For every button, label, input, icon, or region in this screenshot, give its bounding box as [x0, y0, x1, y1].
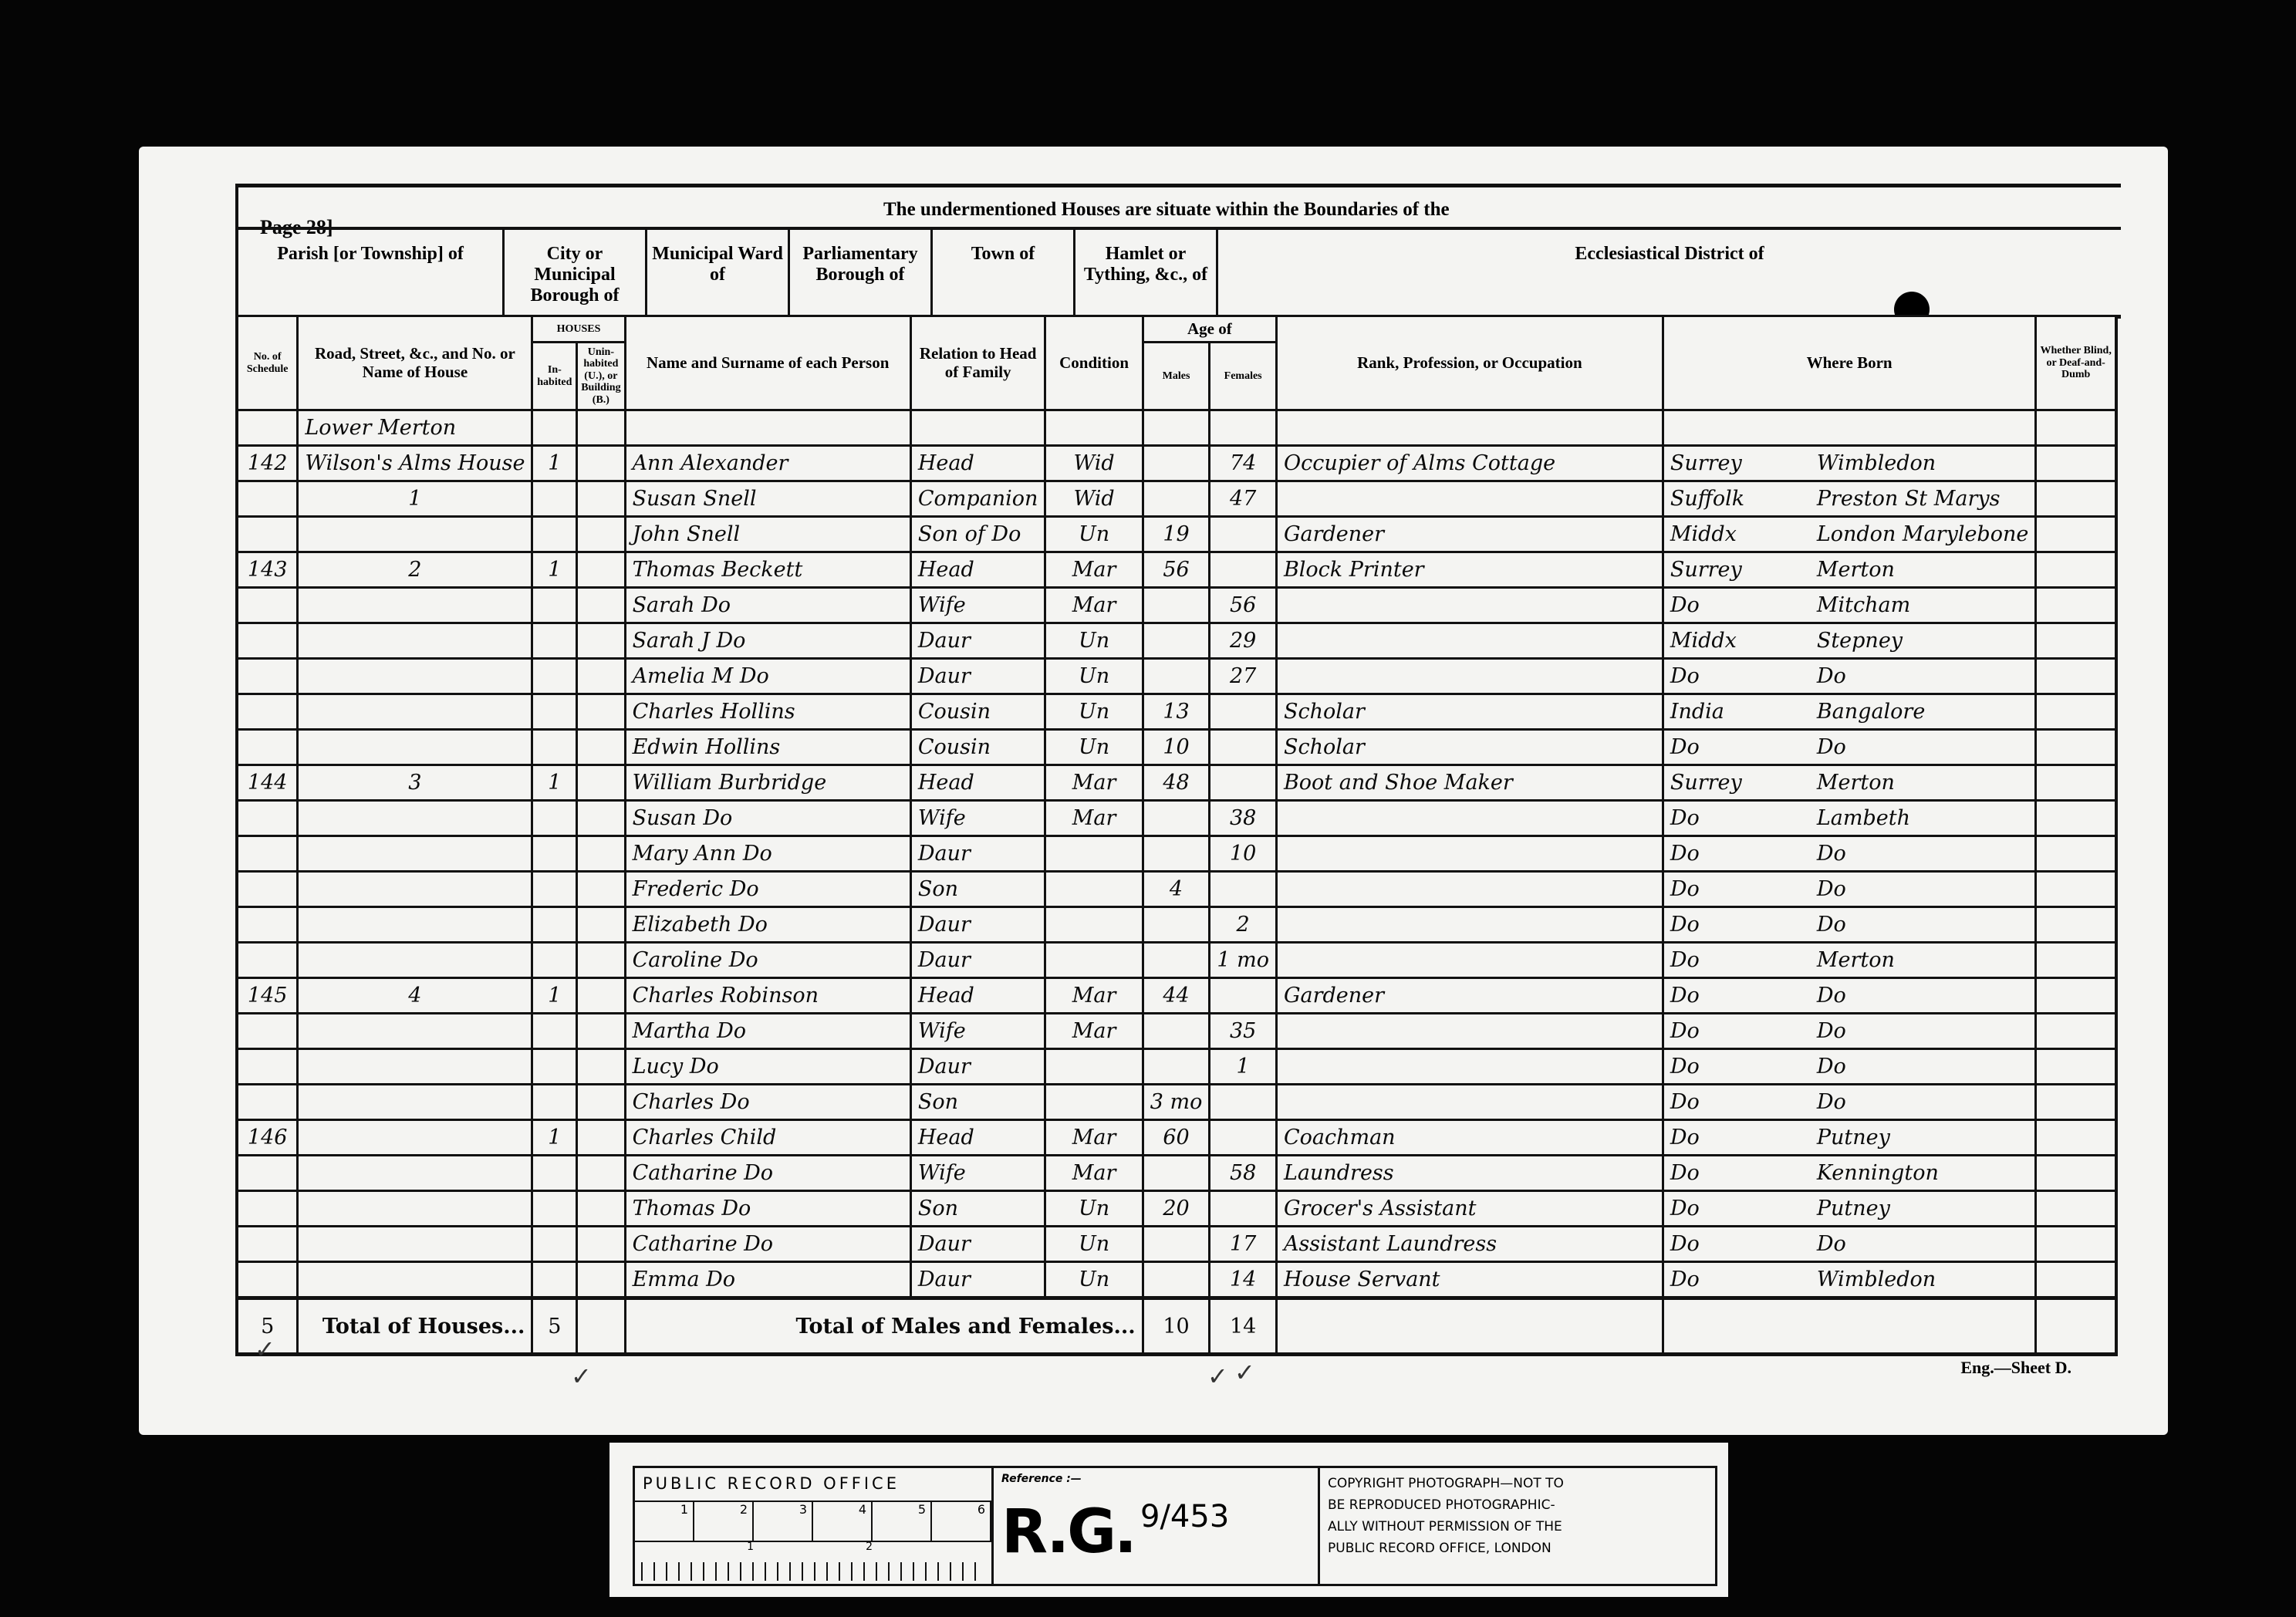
birth-place: Do — [1817, 984, 1846, 1008]
occupation: Block Printer — [1276, 552, 1663, 588]
schedule-number: 143 — [237, 552, 298, 588]
relation-to-head: Daur — [910, 659, 1045, 694]
birth-place: Do — [1817, 735, 1846, 759]
person-name: Charles Robinson — [625, 978, 910, 1014]
relation-to-head: Wife — [910, 1014, 1045, 1049]
marital-condition — [1045, 907, 1143, 943]
female-age — [1210, 872, 1277, 907]
uninhabited-count — [577, 552, 625, 588]
person-name: Thomas Do — [625, 1191, 910, 1227]
female-age — [1210, 1085, 1277, 1120]
house-name — [298, 801, 532, 836]
male-age — [1143, 1262, 1210, 1298]
birth-place: Do — [1817, 913, 1846, 937]
infirmity — [2036, 623, 2116, 659]
birth-county: Surrey — [1670, 451, 1817, 475]
person-name: Emma Do — [625, 1262, 910, 1298]
occupation: House Servant — [1276, 1262, 1663, 1298]
birth-county: Do — [1670, 842, 1817, 866]
inhabited-count — [532, 481, 577, 517]
birthplace: DoKennington — [1663, 1156, 2036, 1191]
infirmity — [2036, 801, 2116, 836]
infirmity — [2036, 1156, 2116, 1191]
birth-place: Wimbledon — [1817, 451, 1936, 475]
col-occupation: Rank, Profession, or Occupation — [1276, 316, 1663, 410]
relation-to-head: Son — [910, 872, 1045, 907]
house-name — [298, 517, 532, 552]
relation-to-head: Daur — [910, 943, 1045, 978]
male-age — [1143, 836, 1210, 872]
person-row: John SnellSon of DoUn19GardenerMiddxLond… — [237, 517, 2116, 552]
male-age — [1143, 659, 1210, 694]
male-age — [1143, 1156, 1210, 1191]
schedule-number — [237, 1049, 298, 1085]
occupation — [1276, 588, 1663, 623]
birth-place: Lambeth — [1817, 806, 1910, 830]
birth-county: Do — [1670, 1268, 1817, 1291]
inhabited-count: 1 — [532, 1120, 577, 1156]
person-row: Emma DoDaurUn14House ServantDoWimbledon — [237, 1262, 2116, 1298]
town-field: Town of — [933, 230, 1075, 315]
uninhabited-count — [577, 836, 625, 872]
marital-condition: Un — [1045, 694, 1143, 730]
birthplace: DoPutney — [1663, 1120, 2036, 1156]
male-age — [1143, 623, 1210, 659]
municipal-ward-field: Municipal Ward of — [647, 230, 790, 315]
house-name — [298, 1014, 532, 1049]
person-row: Sarah DoWifeMar56DoMitcham — [237, 588, 2116, 623]
uninhabited-count — [577, 1262, 625, 1298]
person-name: Thomas Beckett — [625, 552, 910, 588]
person-row: Amelia M DoDaurUn27DoDo — [237, 659, 2116, 694]
relation-to-head: Daur — [910, 1227, 1045, 1262]
relation-to-head: Wife — [910, 801, 1045, 836]
birthplace: DoDo — [1663, 836, 2036, 872]
house-name: 3 — [298, 765, 532, 801]
inhabited-count — [532, 1085, 577, 1120]
relation-to-head: Daur — [910, 907, 1045, 943]
person-name: Lucy Do — [625, 1049, 910, 1085]
birth-place: Do — [1817, 1019, 1846, 1043]
pro-ruler-panel: PUBLIC RECORD OFFICE 1 2 3 4 5 6 1 2 — [635, 1468, 994, 1584]
infirmity — [2036, 907, 2116, 943]
occupation — [1276, 1014, 1663, 1049]
occupation — [1276, 481, 1663, 517]
copyright-line: PUBLIC RECORD OFFICE, LONDON — [1328, 1538, 1707, 1559]
col-age: Age of — [1143, 316, 1276, 343]
person-row: Martha DoWifeMar35DoDo — [237, 1014, 2116, 1049]
female-age: 29 — [1210, 623, 1277, 659]
uninhabited-count — [577, 730, 625, 765]
house-name — [298, 1227, 532, 1262]
uninhabited-count — [577, 801, 625, 836]
inhabited-count — [532, 836, 577, 872]
house-name — [298, 872, 532, 907]
schedule-number — [237, 801, 298, 836]
totals-row: 5 Total of Houses... 5 Total of Males an… — [237, 1298, 2116, 1355]
relation-to-head: Head — [910, 552, 1045, 588]
schedule-number — [237, 1262, 298, 1298]
birth-county: Do — [1670, 806, 1817, 830]
schedule-number — [237, 1156, 298, 1191]
sheet-identifier: Eng.—Sheet D. — [1960, 1358, 2071, 1378]
occupation: Scholar — [1276, 694, 1663, 730]
marital-condition: Un — [1045, 1262, 1143, 1298]
check-mark-icon: ✓ — [255, 1335, 275, 1364]
uninhabited-count — [577, 1085, 625, 1120]
uninhabited-count — [577, 694, 625, 730]
person-row: Thomas DoSonUn20Grocer's AssistantDoPutn… — [237, 1191, 2116, 1227]
birth-place: Do — [1817, 1090, 1846, 1114]
marital-condition: Un — [1045, 517, 1143, 552]
house-name — [298, 907, 532, 943]
schedule-number — [237, 623, 298, 659]
birth-county: Middx — [1670, 522, 1817, 546]
marital-condition — [1045, 872, 1143, 907]
infirmity — [2036, 1262, 2116, 1298]
uninhabited-count — [577, 1156, 625, 1191]
occupation: Grocer's Assistant — [1276, 1191, 1663, 1227]
occupation — [1276, 943, 1663, 978]
uninhabited-count — [577, 1120, 625, 1156]
house-name: 2 — [298, 552, 532, 588]
house-name — [298, 836, 532, 872]
infirmity — [2036, 481, 2116, 517]
parliamentary-borough-field: Parliamentary Borough of — [790, 230, 933, 315]
ruler-tick-label: 2 — [694, 1502, 754, 1541]
male-age — [1143, 1014, 1210, 1049]
female-age — [1210, 517, 1277, 552]
birth-place: Merton — [1817, 558, 1895, 582]
birth-place: Do — [1817, 877, 1846, 901]
inhabited-count — [532, 1262, 577, 1298]
person-name: Catharine Do — [625, 1227, 910, 1262]
col-name: Name and Surname of each Person — [625, 316, 910, 410]
schedule-number — [237, 872, 298, 907]
person-name: Sarah J Do — [625, 623, 910, 659]
person-name: Mary Ann Do — [625, 836, 910, 872]
uninhabited-count — [577, 1191, 625, 1227]
birthplace: DoDo — [1663, 1014, 2036, 1049]
infirmity — [2036, 1014, 2116, 1049]
schedule-number — [237, 907, 298, 943]
birthplace: DoPutney — [1663, 1191, 2036, 1227]
birth-county: Do — [1670, 1126, 1817, 1149]
relation-to-head: Wife — [910, 1156, 1045, 1191]
birth-place: Mitcham — [1817, 593, 1910, 617]
person-row: 1Susan SnellCompanionWid47SuffolkPreston… — [237, 481, 2116, 517]
person-row: 14321Thomas BeckettHeadMar56Block Printe… — [237, 552, 2116, 588]
birthplace: DoMitcham — [1663, 588, 2036, 623]
house-name — [298, 730, 532, 765]
infirmity — [2036, 1120, 2116, 1156]
relation-to-head: Cousin — [910, 694, 1045, 730]
birth-county: Do — [1670, 913, 1817, 937]
occupation — [1276, 907, 1663, 943]
locality-note: Lower Merton — [298, 410, 532, 446]
total-houses-label: Total of Houses... — [298, 1298, 532, 1355]
birthplace: MiddxLondon Marylebone — [1663, 517, 2036, 552]
uninhabited-count — [577, 1227, 625, 1262]
col-uninhabited: Unin-habited (U.), or Building (B.) — [577, 343, 625, 410]
infirmity — [2036, 872, 2116, 907]
place-fields-row: Parish [or Township] of City or Municipa… — [235, 227, 2121, 319]
infirmity — [2036, 1085, 2116, 1120]
person-name: Charles Hollins — [625, 694, 910, 730]
birth-county: Do — [1670, 1161, 1817, 1185]
occupation — [1276, 1049, 1663, 1085]
occupation: Coachman — [1276, 1120, 1663, 1156]
occupation: Laundress — [1276, 1156, 1663, 1191]
infirmity — [2036, 1191, 2116, 1227]
copyright-line: ALLY WITHOUT PERMISSION OF THE — [1328, 1516, 1707, 1538]
female-age — [1210, 978, 1277, 1014]
birth-county: Surrey — [1670, 558, 1817, 582]
infirmity — [2036, 1049, 2116, 1085]
col-condition: Condition — [1045, 316, 1143, 410]
person-name: Susan Snell — [625, 481, 910, 517]
occupation — [1276, 1085, 1663, 1120]
male-age: 20 — [1143, 1191, 1210, 1227]
copyright-line: BE REPRODUCED PHOTOGRAPHIC- — [1328, 1494, 1707, 1516]
ruler-ticks — [641, 1562, 985, 1581]
birthplace: DoDo — [1663, 730, 2036, 765]
birthplace: DoDo — [1663, 1049, 2036, 1085]
marital-condition: Mar — [1045, 978, 1143, 1014]
col-males: Males — [1143, 343, 1210, 410]
schedule-number — [237, 1085, 298, 1120]
birth-place: Merton — [1817, 771, 1895, 795]
inhabited-count — [532, 1191, 577, 1227]
inhabited-count — [532, 801, 577, 836]
relation-to-head: Son — [910, 1085, 1045, 1120]
occupation — [1276, 623, 1663, 659]
ruler-inch: 1 2 — [635, 1541, 991, 1584]
relation-to-head: Daur — [910, 1262, 1045, 1298]
infirmity — [2036, 1227, 2116, 1262]
person-row: Mary Ann DoDaur10DoDo — [237, 836, 2116, 872]
total-persons-label: Total of Males and Females... — [625, 1298, 1143, 1355]
person-name: John Snell — [625, 517, 910, 552]
ruler-tick-label: 1 — [635, 1502, 694, 1541]
male-age — [1143, 588, 1210, 623]
birth-county: Middx — [1670, 629, 1817, 653]
birth-place: Do — [1817, 664, 1846, 688]
infirmity — [2036, 836, 2116, 872]
house-name — [298, 1049, 532, 1085]
census-table: No. of Schedule Road, Street, &c., and N… — [235, 315, 2118, 1356]
occupation — [1276, 801, 1663, 836]
occupation: Assistant Laundress — [1276, 1227, 1663, 1262]
house-name — [298, 1191, 532, 1227]
birth-county: Do — [1670, 1232, 1817, 1256]
check-mark-icon: ✓ — [571, 1362, 592, 1391]
census-form: Page 28] The undermentioned Houses are s… — [235, 184, 2118, 1349]
inhabited-count — [532, 694, 577, 730]
male-age: 48 — [1143, 765, 1210, 801]
ruler-tick-label: 6 — [932, 1502, 991, 1541]
birthplace: MiddxStepney — [1663, 623, 2036, 659]
house-name — [298, 659, 532, 694]
uninhabited-count — [577, 978, 625, 1014]
marital-condition: Un — [1045, 1191, 1143, 1227]
pro-office-title: PUBLIC RECORD OFFICE — [635, 1468, 991, 1493]
schedule-number — [237, 730, 298, 765]
check-mark-icon: ✓ — [1207, 1362, 1228, 1391]
male-age — [1143, 1227, 1210, 1262]
person-row: Edwin HollinsCousinUn10ScholarDoDo — [237, 730, 2116, 765]
person-name: Catharine Do — [625, 1156, 910, 1191]
relation-to-head: Daur — [910, 623, 1045, 659]
total-houses: 5 — [532, 1298, 577, 1355]
female-age: 35 — [1210, 1014, 1277, 1049]
inhabited-count: 1 — [532, 446, 577, 481]
birthplace: SurreyWimbledon — [1663, 446, 2036, 481]
female-age: 58 — [1210, 1156, 1277, 1191]
uninhabited-count — [577, 517, 625, 552]
copyright-notice: COPYRIGHT PHOTOGRAPH—NOT TO BE REPRODUCE… — [1320, 1468, 1715, 1584]
person-row: Lucy DoDaur1DoDo — [237, 1049, 2116, 1085]
birth-county: Do — [1670, 593, 1817, 617]
marital-condition: Mar — [1045, 1156, 1143, 1191]
person-name: Elizabeth Do — [625, 907, 910, 943]
boundaries-banner: The undermentioned Houses are situate wi… — [883, 199, 1450, 221]
schedule-number — [237, 943, 298, 978]
male-age: 4 — [1143, 872, 1210, 907]
relation-to-head: Wife — [910, 588, 1045, 623]
person-name: Sarah Do — [625, 588, 910, 623]
birth-place: Putney — [1817, 1126, 1890, 1149]
schedule-number — [237, 1191, 298, 1227]
female-age — [1210, 1191, 1277, 1227]
occupation — [1276, 659, 1663, 694]
person-row: Catharine DoDaurUn17Assistant LaundressD… — [237, 1227, 2116, 1262]
birth-place: Putney — [1817, 1197, 1890, 1220]
person-name: Susan Do — [625, 801, 910, 836]
occupation — [1276, 836, 1663, 872]
birth-place: Wimbledon — [1817, 1268, 1936, 1291]
birth-county: Do — [1670, 1090, 1817, 1114]
house-name — [298, 1085, 532, 1120]
birth-place: Merton — [1817, 948, 1895, 972]
uninhabited-count — [577, 1049, 625, 1085]
male-age — [1143, 907, 1210, 943]
person-row: 1461Charles ChildHeadMar60CoachmanDoPutn… — [237, 1120, 2116, 1156]
person-row: Charles HollinsCousinUn13ScholarIndiaBan… — [237, 694, 2116, 730]
marital-condition: Mar — [1045, 588, 1143, 623]
schedule-number: 142 — [237, 446, 298, 481]
birth-county: Do — [1670, 1019, 1817, 1043]
schedule-number — [237, 1227, 298, 1262]
inhabited-count: 1 — [532, 552, 577, 588]
col-born: Where Born — [1663, 316, 2036, 410]
house-name: 4 — [298, 978, 532, 1014]
marital-condition: Mar — [1045, 765, 1143, 801]
person-name: Charles Child — [625, 1120, 910, 1156]
person-name: Martha Do — [625, 1014, 910, 1049]
female-age — [1210, 694, 1277, 730]
birthplace: SuffolkPreston St Marys — [1663, 481, 2036, 517]
female-age: 1 mo — [1210, 943, 1277, 978]
schedule-number — [237, 694, 298, 730]
infirmity — [2036, 552, 2116, 588]
infirmity — [2036, 978, 2116, 1014]
female-age: 74 — [1210, 446, 1277, 481]
birth-county: India — [1670, 700, 1817, 724]
relation-to-head: Companion — [910, 481, 1045, 517]
house-name — [298, 588, 532, 623]
marital-condition — [1045, 836, 1143, 872]
house-name — [298, 1120, 532, 1156]
occupation: Gardener — [1276, 978, 1663, 1014]
birth-place: Preston St Marys — [1817, 487, 2001, 511]
col-infirmity: Whether Blind, or Deaf-and-Dumb — [2036, 316, 2116, 410]
inhabited-count — [532, 1156, 577, 1191]
ruler-tick-label: 3 — [754, 1502, 813, 1541]
house-name: 1 — [298, 481, 532, 517]
uninhabited-count — [577, 872, 625, 907]
ruler-cm: 1 2 3 4 5 6 — [635, 1501, 991, 1542]
col-inhabited: In-habited — [532, 343, 577, 410]
relation-to-head: Head — [910, 978, 1045, 1014]
birth-county: Do — [1670, 877, 1817, 901]
uninhabited-count — [577, 765, 625, 801]
inhabited-count — [532, 623, 577, 659]
inhabited-count — [532, 907, 577, 943]
infirmity — [2036, 517, 2116, 552]
uninhabited-count — [577, 481, 625, 517]
person-row: 14431William BurbridgeHeadMar48Boot and … — [237, 765, 2116, 801]
female-age: 27 — [1210, 659, 1277, 694]
schedule-number — [237, 517, 298, 552]
birthplace: SurreyMerton — [1663, 552, 2036, 588]
parish-field: Parish [or Township] of — [238, 230, 505, 315]
schedule-number: 144 — [237, 765, 298, 801]
birth-place: London Marylebone — [1817, 522, 2029, 546]
marital-condition: Mar — [1045, 552, 1143, 588]
birth-county: Do — [1670, 735, 1817, 759]
birth-place: Stepney — [1817, 629, 1903, 653]
male-age: 19 — [1143, 517, 1210, 552]
copyright-line: COPYRIGHT PHOTOGRAPH—NOT TO — [1328, 1473, 1707, 1494]
marital-condition: Mar — [1045, 1014, 1143, 1049]
relation-to-head: Son of Do — [910, 517, 1045, 552]
col-schedule: No. of Schedule — [237, 316, 298, 410]
relation-to-head: Head — [910, 446, 1045, 481]
relation-to-head: Head — [910, 1120, 1045, 1156]
inhabited-count: 1 — [532, 765, 577, 801]
male-age: 60 — [1143, 1120, 1210, 1156]
birthplace: DoWimbledon — [1663, 1262, 2036, 1298]
uninhabited-count — [577, 907, 625, 943]
reference-piece: 9/453 — [1140, 1499, 1229, 1534]
person-name: Frederic Do — [625, 872, 910, 907]
person-row: 14541Charles RobinsonHeadMar44GardenerDo… — [237, 978, 2116, 1014]
inhabited-count — [532, 1014, 577, 1049]
marital-condition: Un — [1045, 1227, 1143, 1262]
house-name — [298, 1262, 532, 1298]
infirmity — [2036, 765, 2116, 801]
female-age: 56 — [1210, 588, 1277, 623]
birth-county: Do — [1670, 948, 1817, 972]
occupation: Occupier of Alms Cottage — [1276, 446, 1663, 481]
male-age: 56 — [1143, 552, 1210, 588]
female-age — [1210, 1120, 1277, 1156]
marital-condition: Wid — [1045, 446, 1143, 481]
schedule-number — [237, 836, 298, 872]
occupation: Boot and Shoe Maker — [1276, 765, 1663, 801]
marital-condition — [1045, 1085, 1143, 1120]
